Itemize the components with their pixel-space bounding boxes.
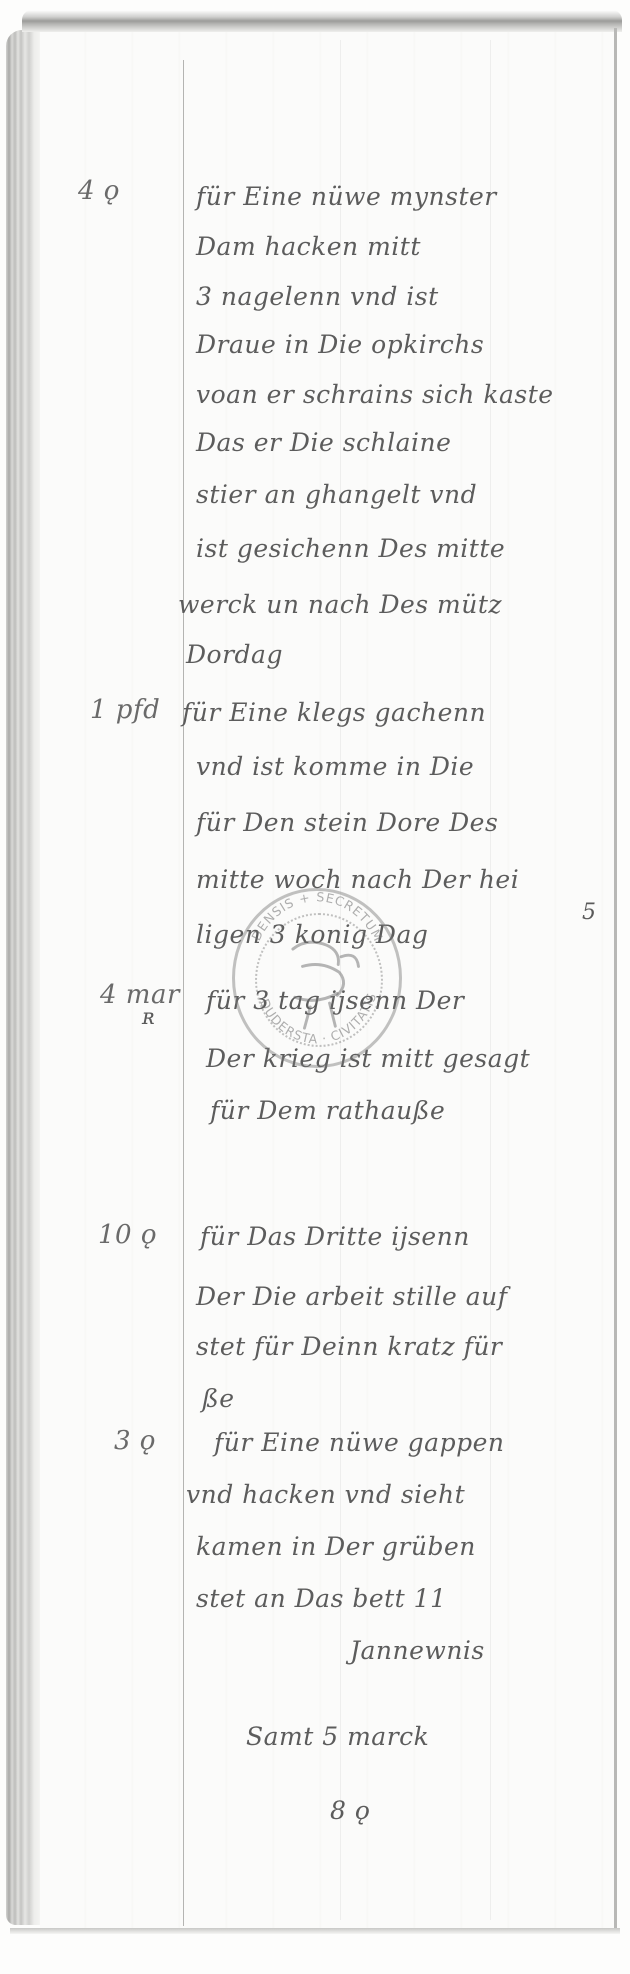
entry-line: kamen in Der grüben xyxy=(196,1532,476,1561)
book-top-edge xyxy=(22,10,622,32)
entry-amount: 3 ǫ xyxy=(114,1426,156,1456)
entry-line: mitte woch nach Der hei xyxy=(196,865,519,894)
entry-amount: 4 mar xyxy=(100,980,180,1010)
entry-line: für Den stein Dore Des xyxy=(196,808,498,837)
entry-amount-extra: ʀ xyxy=(142,1005,155,1030)
entry-line: Jannewnis xyxy=(350,1636,485,1665)
entry-amount: 10 ǫ xyxy=(98,1220,157,1250)
entry-line: für Dem rathauße xyxy=(210,1096,445,1125)
entry-line: stet an Das bett 11 xyxy=(196,1584,447,1613)
marginal-note: 5 xyxy=(582,900,597,925)
total-line: 8 ǫ xyxy=(330,1796,370,1825)
entry-line: vnd hacken vnd sieht xyxy=(186,1480,465,1509)
book-page-stack-edge xyxy=(6,30,40,1925)
book-bottom-edge xyxy=(10,1928,620,1934)
total-line: Samt 5 marck xyxy=(246,1722,429,1751)
faint-column-rule xyxy=(490,40,491,1920)
entry-line: Der Die arbeit stille auf xyxy=(196,1282,508,1311)
manuscript-scan: 4 ǫ für Eine nüwe mynster Dam hacken mit… xyxy=(0,0,630,1974)
entry-line: Das er Die schlaine xyxy=(196,428,451,457)
entry-line: Dordag xyxy=(186,640,283,669)
entry-line: voan er schrains sich kaste xyxy=(196,380,554,409)
entry-line: für Eine klegs gachenn xyxy=(182,698,486,727)
entry-line: vnd ist komme in Die xyxy=(196,752,474,781)
svg-text:DENSIS + SECRETUM: DENSIS + SECRETUM xyxy=(248,891,386,944)
entry-amount: 1 pfd xyxy=(90,695,160,725)
entry-amount: 4 ǫ xyxy=(78,176,120,206)
entry-line: werck un nach Des mütz xyxy=(178,590,502,619)
archive-seal-stamp: DENSIS + SECRETUM DUDERSTA · CIVITATIS xyxy=(232,888,402,1068)
entry-line: 3 nagelenn vnd ist xyxy=(196,282,439,311)
entry-line: für Das Dritte ijsenn xyxy=(200,1222,470,1251)
entry-line: Draue in Die opkirchs xyxy=(196,330,484,359)
entry-line: für Eine nüwe gappen xyxy=(214,1428,505,1457)
entry-line: ße xyxy=(202,1384,235,1413)
entry-line: stet für Deinn kratz für xyxy=(196,1332,502,1361)
book-right-edge xyxy=(614,28,617,1928)
entry-line: stier an ghangelt vnd xyxy=(196,480,477,509)
entry-line: ist gesichenn Des mitte xyxy=(196,534,505,563)
margin-rule-line xyxy=(183,60,184,1926)
entry-line: für Eine nüwe mynster xyxy=(196,182,497,211)
seal-lion-icon: DENSIS + SECRETUM DUDERSTA · CIVITATIS xyxy=(235,891,399,1065)
entry-line: Dam hacken mitt xyxy=(196,232,421,261)
